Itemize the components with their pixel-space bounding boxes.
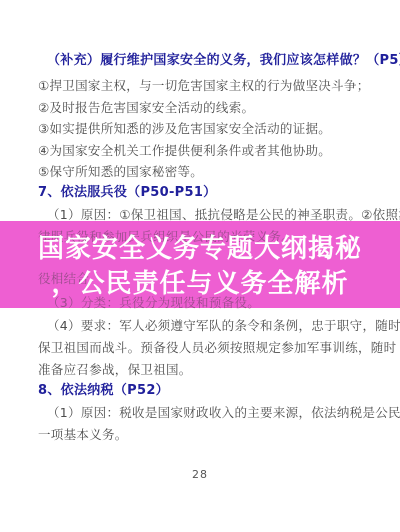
supplement-title: （补充）履行维护国家安全的义务，我们应该怎样做？（P5）: [47, 53, 400, 69]
duty-item-3: ③如实提供所知悉的涉及危害国家安全活动的证据。: [38, 121, 331, 137]
section7-requirement-line2: 保卫祖国而战斗。预备役人员必须按照规定参加军事训练，随时: [38, 340, 396, 356]
banner-title-line2: ，公民责任与义务全解析: [0, 269, 400, 299]
section8-heading: 8、依法纳税（P52）: [38, 383, 169, 399]
duty-item-2: ②及时报告危害国家安全活动的线索。: [38, 100, 254, 116]
banner-title-line1: 国家安全义务专题大纲揭秘: [0, 234, 400, 264]
section7-heading: 7、依法服兵役（P50-P51）: [38, 185, 216, 201]
section7-requirement-line3: 准备应召参战，保卫祖国。: [38, 362, 192, 378]
section8-reason-line2: 一项基本义务。: [38, 427, 128, 443]
duty-item-4: ④为国家安全机关工作提供便利条件或者其他协助。: [38, 143, 331, 159]
duty-item-5: ⑤保守所知悉的国家秘密等。: [38, 164, 203, 180]
page-number: 28: [0, 468, 400, 481]
document-page: （补充）履行维护国家安全的义务，我们应该怎样做？（P5） ①捍卫国家主权，与一切…: [0, 0, 400, 532]
section8-reason-line1: （1）原因：税收是国家财政收入的主要来源，依法纳税是公民的: [47, 405, 400, 421]
section7-requirement-line1: （4）要求：军人必须遵守军队的条令和条例，忠于职守，随时为: [47, 318, 400, 334]
duty-item-1: ①捍卫国家主权，与一切危害国家主权的行为做坚决斗争；: [38, 78, 370, 94]
